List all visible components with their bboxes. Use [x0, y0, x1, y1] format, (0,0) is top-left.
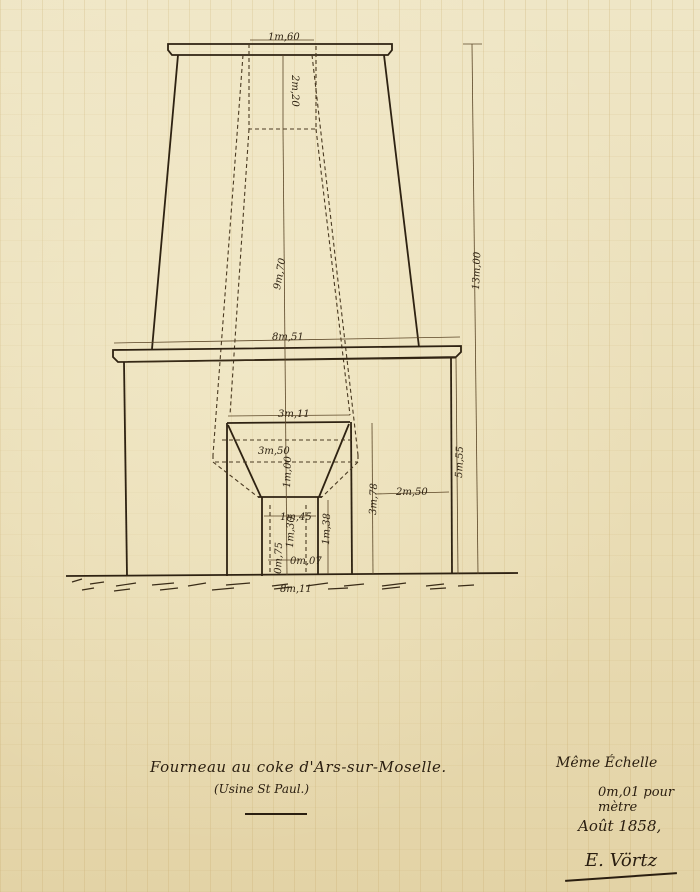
- dim-total-height: 13m,00: [471, 251, 483, 290]
- dim-hearth-height: 1m,30: [285, 515, 297, 548]
- dim-pier-height: 5m,55: [454, 446, 466, 478]
- dim-throat-depth: 2m,20: [289, 74, 300, 107]
- dim-throat-width: 1m,60: [268, 32, 300, 43]
- scale-note-line1: Même Échelle: [556, 755, 657, 771]
- dim-bosh-height: 1m,00: [282, 455, 294, 488]
- title-underline: [245, 813, 307, 815]
- dim-tuyere-offset: 0m,07: [290, 556, 322, 567]
- dim-opening-height: 3m,78: [368, 483, 380, 515]
- drawing-title: Fourneau au coke d'Ars-sur-Moselle.: [150, 758, 447, 776]
- drawing-sheet: 1m,60 2m,20 9m,70 13m,00 8m,51 3m,11 3m,…: [0, 0, 700, 892]
- dim-arch-height: 1m,38: [321, 513, 333, 545]
- signature: E. Vörtz: [585, 850, 657, 871]
- dim-tuyere-height: 0m,75: [273, 542, 285, 574]
- furnace-stack: [152, 55, 419, 349]
- dim-bottom-width: 8m,11: [280, 584, 312, 595]
- drawing-subtitle: (Usine St Paul.): [214, 782, 309, 796]
- furnace-mantle: [113, 346, 461, 362]
- dim-shaft-height: 9m,70: [272, 257, 288, 291]
- dim-bosh-top-width: 3m,11: [278, 409, 310, 420]
- dim-base-width: 8m,51: [272, 332, 304, 343]
- scale-note-line2: 0m,01 pour mètre: [598, 785, 700, 815]
- dim-opening-offset: 2m,50: [395, 487, 428, 498]
- drawing-date: Août 1858,: [578, 817, 661, 835]
- furnace-top-cap: [168, 44, 392, 55]
- dim-bosh-diameter: 3m,50: [258, 446, 290, 457]
